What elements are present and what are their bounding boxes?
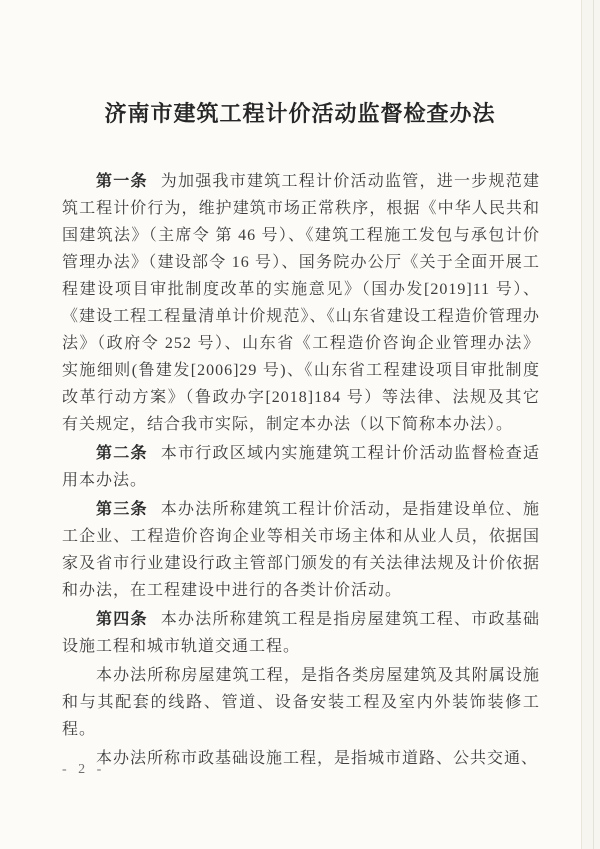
document-body: 第一条为加强我市建筑工程计价活动监管，进一步规范建筑工程计价行为，维护建筑市场正… xyxy=(62,168,540,774)
housing-definition-text: 本办法所称房屋建筑工程，是指各类房屋建筑及其附属设施和与其配套的线路、管道、设备… xyxy=(62,667,540,738)
page-number: - 2 - xyxy=(62,762,105,778)
article-3-number: 第三条 xyxy=(96,501,148,518)
article-4-number: 第四条 xyxy=(96,611,148,628)
article-1-text: 为加强我市建筑工程计价活动监管，进一步规范建筑工程计价行为，维护建筑市场正常秩序… xyxy=(62,173,540,433)
article-3-paragraph: 第三条本办法所称建筑工程计价活动，是指建设单位、施工企业、工程造价咨询企业等相关… xyxy=(62,496,540,604)
municipal-definition-text: 本办法所称市政基础设施工程，是指城市道路、公共交通、 xyxy=(96,750,538,767)
housing-definition-paragraph: 本办法所称房屋建筑工程，是指各类房屋建筑及其附属设施和与其配套的线路、管道、设备… xyxy=(62,662,540,743)
article-2-paragraph: 第二条本市行政区域内实施建筑工程计价活动监督检查适用本办法。 xyxy=(62,440,540,494)
article-1-paragraph: 第一条为加强我市建筑工程计价活动监管，进一步规范建筑工程计价行为，维护建筑市场正… xyxy=(62,168,540,438)
document-title: 济南市建筑工程计价活动监督检查办法 xyxy=(0,97,600,128)
article-1-number: 第一条 xyxy=(96,173,148,190)
article-2-number: 第二条 xyxy=(96,445,148,462)
municipal-definition-paragraph: 本办法所称市政基础设施工程，是指城市道路、公共交通、 xyxy=(62,745,540,772)
scanned-document-page: { "document": { "title": "济南市建筑工程计价活动监督检… xyxy=(0,0,600,849)
article-4-paragraph: 第四条本办法所称建筑工程是指房屋建筑工程、市政基础设施工程和城市轨道交通工程。 xyxy=(62,606,540,660)
